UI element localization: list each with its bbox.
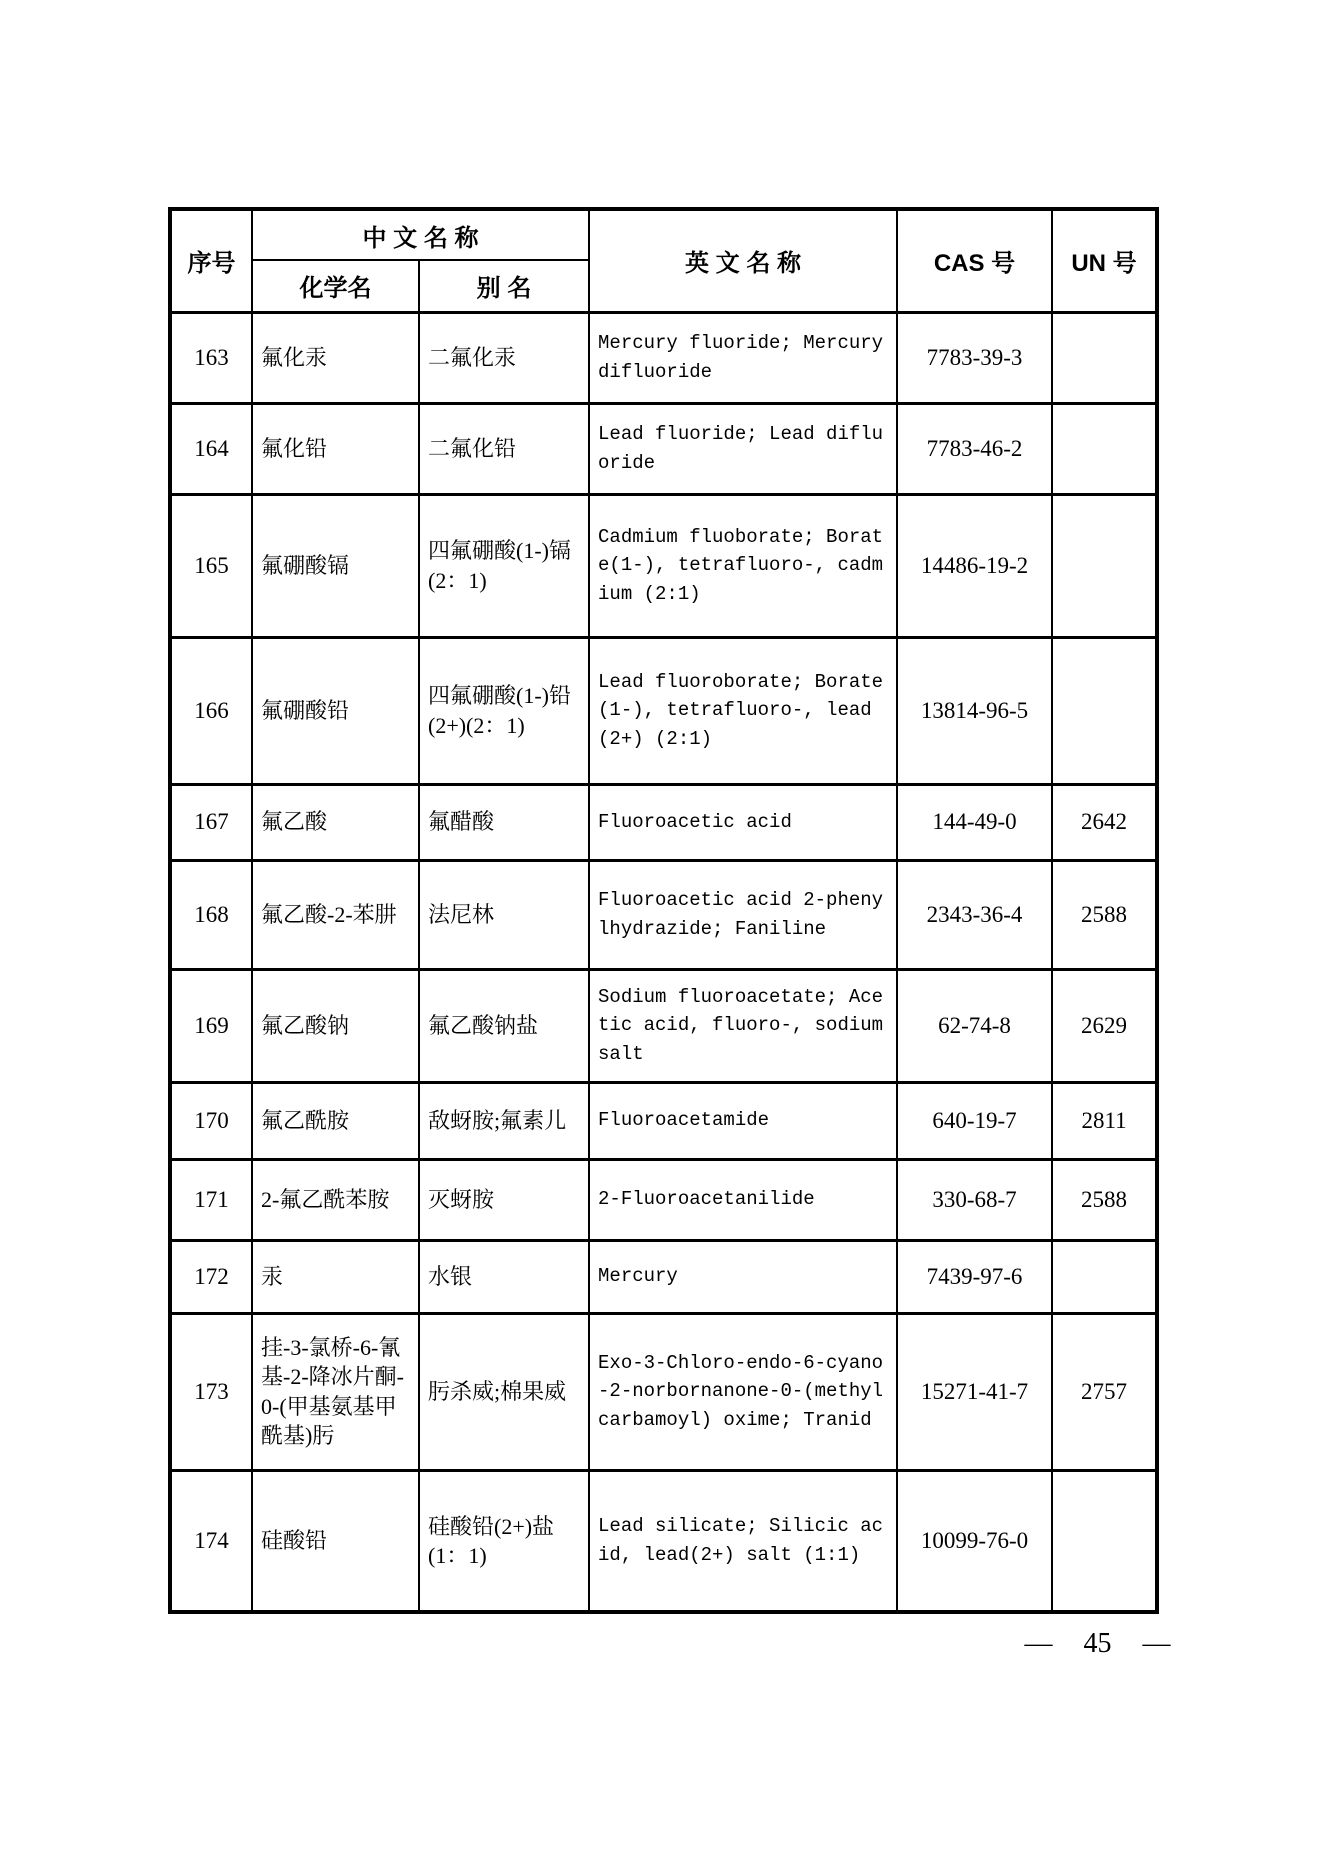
chemical-name-cell: 氟乙酸-2-苯肼 <box>252 860 419 969</box>
row-index-cell: 173 <box>170 1313 252 1470</box>
chemical-name-cell: 汞 <box>252 1240 419 1313</box>
alias-cell: 肟杀威;棉果威 <box>419 1313 589 1470</box>
header-cas-number: CAS 号 <box>897 209 1052 312</box>
row-index-cell: 167 <box>170 784 252 860</box>
cas-number-cell: 7439-97-6 <box>897 1240 1052 1313</box>
header-index: 序号 <box>170 209 252 312</box>
un-number-cell: 2757 <box>1052 1313 1157 1470</box>
table-row: 168 氟乙酸-2-苯肼 法尼林 Fluoroacetic acid 2-phe… <box>170 860 1157 969</box>
page-number: — 45 — <box>985 1628 1210 1660</box>
table-row: 167 氟乙酸 氟醋酸 Fluoroacetic acid 144-49-0 2… <box>170 784 1157 860</box>
table-row: 165 氟硼酸镉 四氟硼酸(1-)镉(2：1) Cadmium fluobora… <box>170 494 1157 637</box>
english-name-cell: Sodium fluoroacetate; Acetic acid, fluor… <box>589 969 897 1082</box>
un-number-cell <box>1052 637 1157 784</box>
chemical-name-cell: 氟化铅 <box>252 403 419 494</box>
english-name-cell: Mercury <box>589 1240 897 1313</box>
table-row: 164 氟化铅 二氟化铅 Lead fluoride; Lead difluor… <box>170 403 1157 494</box>
chemical-name-cell: 氟硼酸镉 <box>252 494 419 637</box>
chemical-name-cell: 挂-3-氯桥-6-氰基-2-降冰片酮-0-(甲基氨基甲酰基)肟 <box>252 1313 419 1470</box>
english-name-cell: Mercury fluoride; Mercury difluoride <box>589 312 897 403</box>
english-name-cell: Fluoroacetamide <box>589 1082 897 1159</box>
table-row: 174 硅酸铅 硅酸铅(2+)盐(1：1) Lead silicate; Sil… <box>170 1470 1157 1612</box>
row-index-cell: 165 <box>170 494 252 637</box>
table-header-row-1: 序号 中 文 名 称 英 文 名 称 CAS 号 UN 号 <box>170 209 1157 260</box>
cas-number-cell: 10099-76-0 <box>897 1470 1052 1612</box>
row-index-cell: 172 <box>170 1240 252 1313</box>
un-number-cell <box>1052 1470 1157 1612</box>
alias-cell: 敌蚜胺;氟素儿 <box>419 1082 589 1159</box>
english-name-cell: 2-Fluoroacetanilide <box>589 1159 897 1240</box>
chemical-name-cell: 2-氟乙酰苯胺 <box>252 1159 419 1240</box>
alias-cell: 二氟化汞 <box>419 312 589 403</box>
cas-number-cell: 144-49-0 <box>897 784 1052 860</box>
un-number-cell: 2811 <box>1052 1082 1157 1159</box>
alias-cell: 四氟硼酸(1-)铅(2+)(2：1) <box>419 637 589 784</box>
row-index-cell: 174 <box>170 1470 252 1612</box>
row-index-cell: 164 <box>170 403 252 494</box>
alias-cell: 灭蚜胺 <box>419 1159 589 1240</box>
cas-number-cell: 15271-41-7 <box>897 1313 1052 1470</box>
chemical-name-cell: 氟乙酸 <box>252 784 419 860</box>
english-name-cell: Lead fluoride; Lead difluoride <box>589 403 897 494</box>
un-number-cell: 2629 <box>1052 969 1157 1082</box>
cas-number-cell: 62-74-8 <box>897 969 1052 1082</box>
table-row: 172 汞 水银 Mercury 7439-97-6 <box>170 1240 1157 1313</box>
table-row: 166 氟硼酸铅 四氟硼酸(1-)铅(2+)(2：1) Lead fluorob… <box>170 637 1157 784</box>
row-index-cell: 168 <box>170 860 252 969</box>
english-name-cell: Fluoroacetic acid <box>589 784 897 860</box>
table-row: 170 氟乙酰胺 敌蚜胺;氟素儿 Fluoroacetamide 640-19-… <box>170 1082 1157 1159</box>
english-name-cell: Exo-3-Chloro-endo-6-cyano-2-norbornanone… <box>589 1313 897 1470</box>
chemical-name-cell: 硅酸铅 <box>252 1470 419 1612</box>
english-name-cell: Cadmium fluoborate; Borate(1-), tetraflu… <box>589 494 897 637</box>
header-chemical-name: 化学名 <box>252 260 419 312</box>
row-index-cell: 171 <box>170 1159 252 1240</box>
cas-number-cell: 7783-46-2 <box>897 403 1052 494</box>
un-number-cell: 2588 <box>1052 1159 1157 1240</box>
chemical-name-cell: 氟乙酸钠 <box>252 969 419 1082</box>
header-un-number: UN 号 <box>1052 209 1157 312</box>
alias-cell: 水银 <box>419 1240 589 1313</box>
alias-cell: 二氟化铅 <box>419 403 589 494</box>
alias-cell: 法尼林 <box>419 860 589 969</box>
row-index-cell: 163 <box>170 312 252 403</box>
header-english-name: 英 文 名 称 <box>589 209 897 312</box>
document-page: 序号 中 文 名 称 英 文 名 称 CAS 号 UN 号 化学名 别 名 16… <box>0 0 1323 1871</box>
cas-number-cell: 330-68-7 <box>897 1159 1052 1240</box>
chemical-name-cell: 氟硼酸铅 <box>252 637 419 784</box>
english-name-cell: Lead silicate; Silicic acid, lead(2+) sa… <box>589 1470 897 1612</box>
alias-cell: 氟醋酸 <box>419 784 589 860</box>
row-index-cell: 169 <box>170 969 252 1082</box>
chemicals-table: 序号 中 文 名 称 英 文 名 称 CAS 号 UN 号 化学名 别 名 16… <box>168 207 1159 1614</box>
cas-number-cell: 14486-19-2 <box>897 494 1052 637</box>
row-index-cell: 166 <box>170 637 252 784</box>
un-number-cell <box>1052 1240 1157 1313</box>
header-alias: 别 名 <box>419 260 589 312</box>
cas-number-cell: 640-19-7 <box>897 1082 1052 1159</box>
un-number-cell: 2642 <box>1052 784 1157 860</box>
chemical-name-cell: 氟乙酰胺 <box>252 1082 419 1159</box>
english-name-cell: Lead fluoroborate; Borate(1-), tetrafluo… <box>589 637 897 784</box>
cas-number-cell: 7783-39-3 <box>897 312 1052 403</box>
cas-number-cell: 13814-96-5 <box>897 637 1052 784</box>
un-number-cell: 2588 <box>1052 860 1157 969</box>
english-name-cell: Fluoroacetic acid 2-phenylhydrazide; Fan… <box>589 860 897 969</box>
alias-cell: 硅酸铅(2+)盐(1：1) <box>419 1470 589 1612</box>
cas-number-cell: 2343-36-4 <box>897 860 1052 969</box>
un-number-cell <box>1052 494 1157 637</box>
header-chinese-name-group: 中 文 名 称 <box>252 209 589 260</box>
table-row: 163 氟化汞 二氟化汞 Mercury fluoride; Mercury d… <box>170 312 1157 403</box>
alias-cell: 氟乙酸钠盐 <box>419 969 589 1082</box>
un-number-cell <box>1052 403 1157 494</box>
un-number-cell <box>1052 312 1157 403</box>
table-row: 171 2-氟乙酰苯胺 灭蚜胺 2-Fluoroacetanilide 330-… <box>170 1159 1157 1240</box>
alias-cell: 四氟硼酸(1-)镉(2：1) <box>419 494 589 637</box>
chemical-name-cell: 氟化汞 <box>252 312 419 403</box>
table-row: 169 氟乙酸钠 氟乙酸钠盐 Sodium fluoroacetate; Ace… <box>170 969 1157 1082</box>
row-index-cell: 170 <box>170 1082 252 1159</box>
table-row: 173 挂-3-氯桥-6-氰基-2-降冰片酮-0-(甲基氨基甲酰基)肟 肟杀威;… <box>170 1313 1157 1470</box>
